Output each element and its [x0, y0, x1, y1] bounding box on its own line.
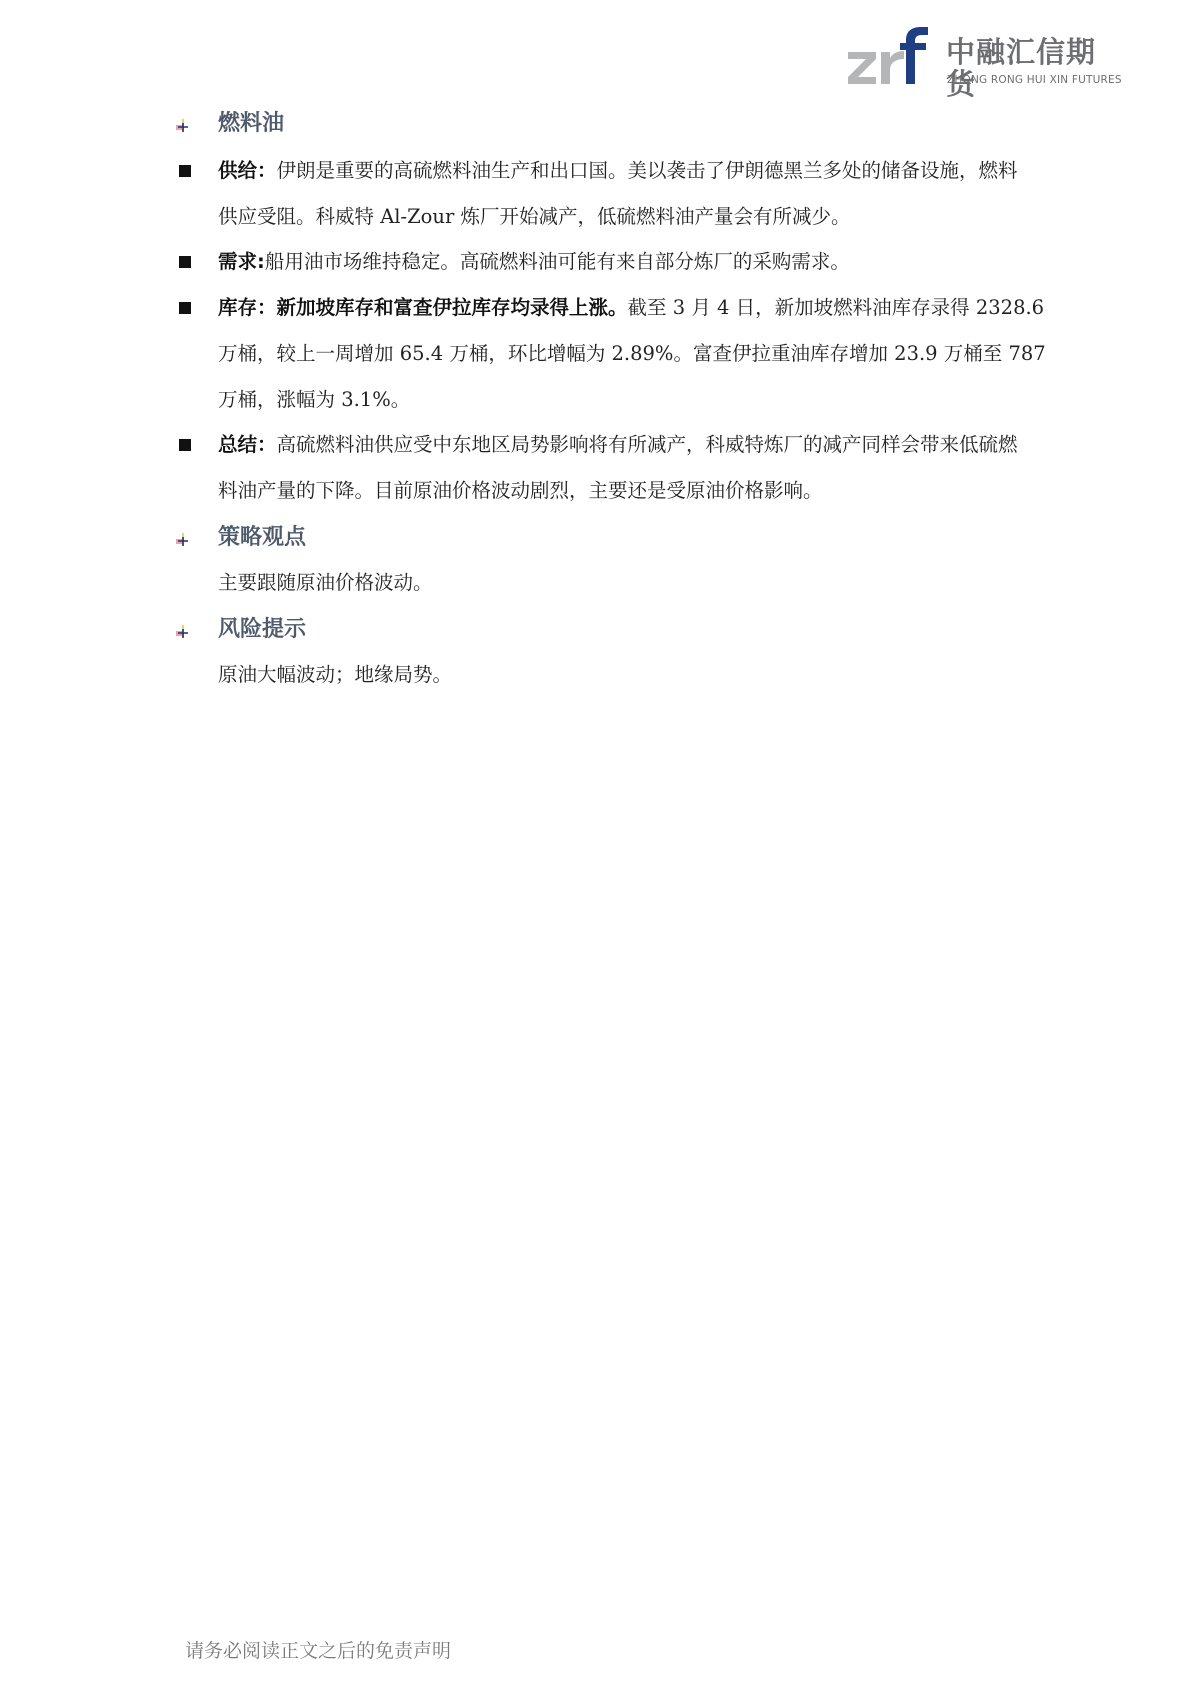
company-logo: 中融汇信期货 ZHONG RONG HUI XIN FUTURES — [846, 26, 1106, 92]
supply-line-1: 供给：伊朗是重要的高硫燃料油生产和出口国。美以袭击了伊朗德黑兰多处的储备设施，燃… — [218, 158, 1018, 184]
zrf-logo-mark-icon — [846, 26, 936, 92]
demand-label: 需求 — [218, 250, 257, 273]
section-arrow-bullet-icon — [176, 119, 190, 133]
section-heading-fuel-oil: 燃料油 — [218, 110, 284, 138]
supply-label: 供给 — [218, 159, 257, 182]
risk-body: 原油大幅波动；地缘局势。 — [218, 662, 452, 688]
square-bullet-icon — [179, 302, 191, 314]
section-arrow-bullet-icon — [176, 625, 190, 639]
inventory-line-2: 万桶，较上一周增加 65.4 万桶，环比增幅为 2.89%。富查伊拉重油库存增加… — [218, 341, 1046, 367]
section-heading-risk: 风险提示 — [218, 616, 306, 644]
strategy-body: 主要跟随原油价格波动。 — [218, 570, 433, 596]
summary-line-1: 总结：高硫燃料油供应受中东地区局势影响将有所减产，科威特炼厂的减产同样会带来低硫… — [218, 432, 1018, 458]
demand-line-1: 需求:船用油市场维持稳定。高硫燃料油可能有来自部分炼厂的采购需求。 — [218, 249, 850, 275]
summary-line-2: 料油产量的下降。目前原油价格波动剧烈，主要还是受原油价格影响。 — [218, 478, 823, 504]
inventory-lead: 新加坡库存和富查伊拉库存均录得上涨。 — [277, 296, 628, 319]
footer-disclaimer: 请务必阅读正文之后的免责声明 — [185, 1636, 451, 1663]
section-heading-strategy: 策略观点 — [218, 524, 306, 552]
inventory-line-1: 库存：新加坡库存和富查伊拉库存均录得上涨。截至 3 月 4 日，新加坡燃料油库存… — [218, 295, 1044, 321]
square-bullet-icon — [179, 165, 191, 177]
section-arrow-bullet-icon — [176, 533, 190, 547]
inventory-label: 库存 — [218, 296, 257, 319]
summary-label: 总结 — [218, 433, 257, 456]
supply-line-2: 供应受阻。科威特 Al-Zour 炼厂开始减产，低硫燃料油产量会有所减少。 — [218, 204, 850, 230]
square-bullet-icon — [179, 439, 191, 451]
square-bullet-icon — [179, 256, 191, 268]
logo-chinese-name: 中融汇信期货 — [946, 36, 1106, 100]
inventory-line-3: 万桶，涨幅为 3.1%。 — [218, 387, 410, 413]
logo-english-name: ZHONG RONG HUI XIN FUTURES — [947, 74, 1122, 86]
